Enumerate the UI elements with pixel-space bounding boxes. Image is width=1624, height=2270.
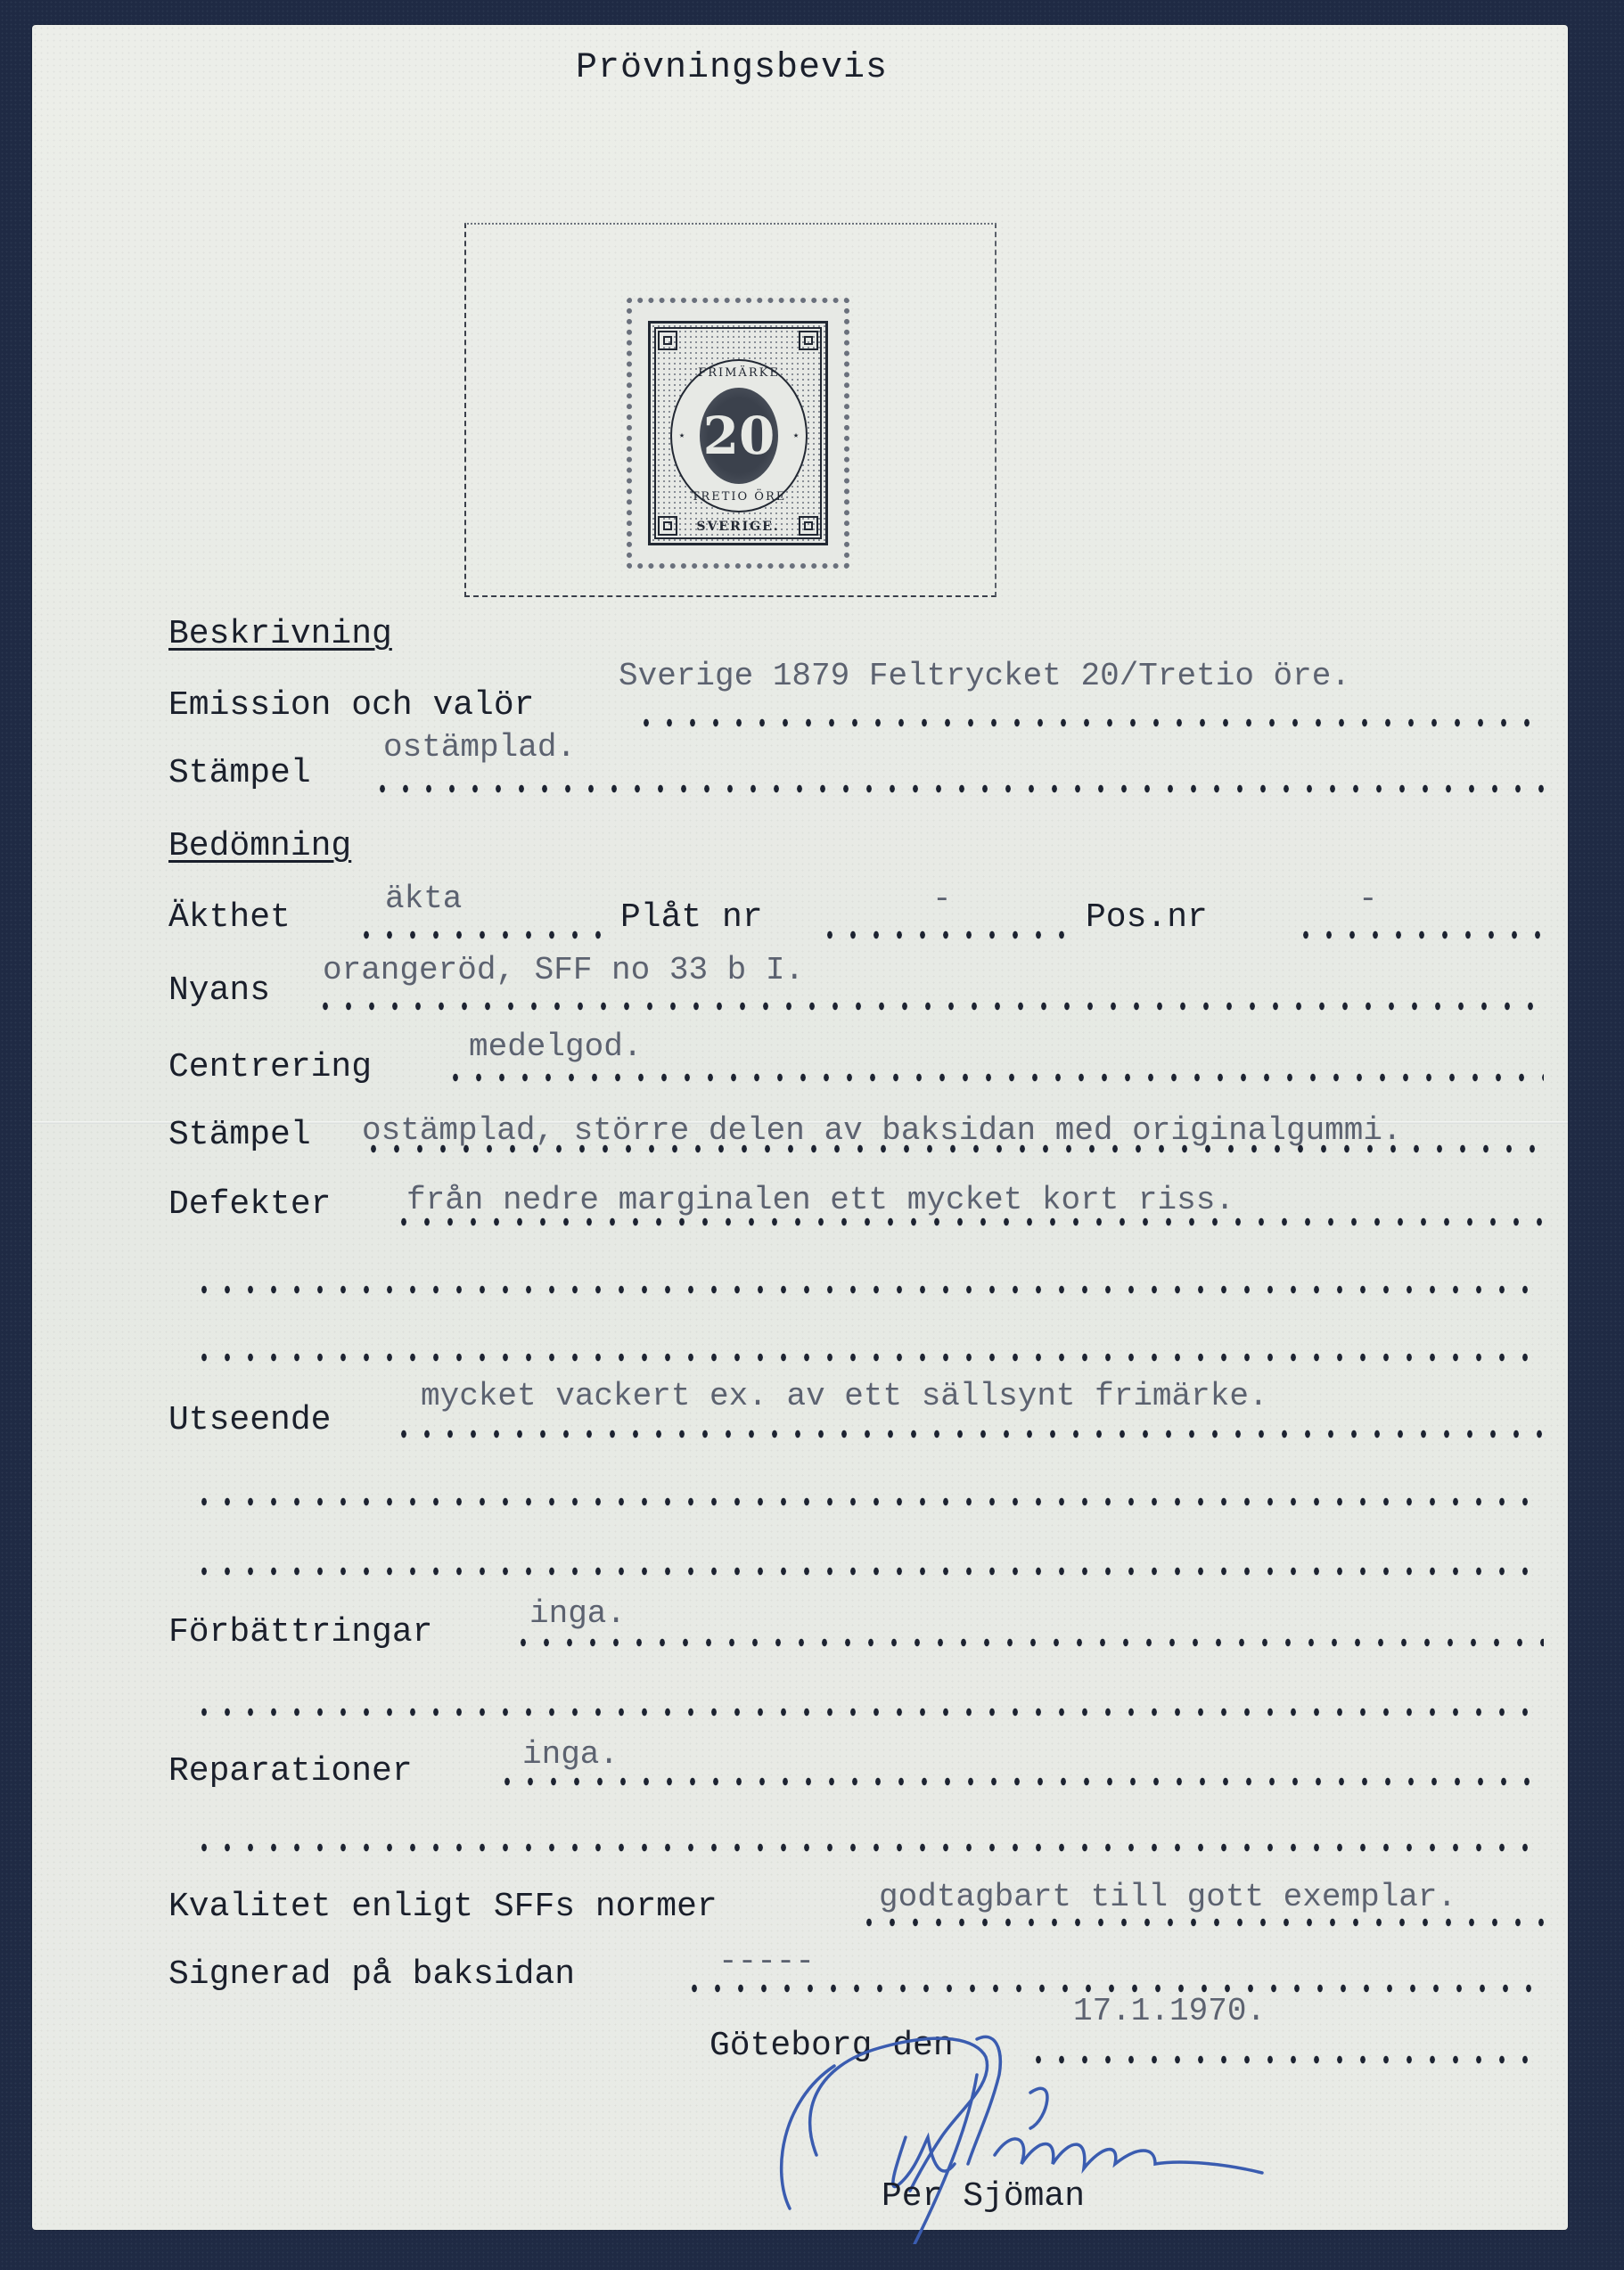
nyans-dotted-line — [314, 1002, 1544, 1011]
defekter-dotted-line — [392, 1217, 1544, 1226]
reparationer-label: Reparationer — [168, 1752, 413, 1791]
stampel2-label: Stämpel — [168, 1116, 311, 1154]
stampel1-label: Stämpel — [168, 754, 311, 792]
emission-label: Emission och valör — [168, 686, 534, 725]
stamp-inner-frame: FRIMÄRKE ★ ★ 20 TRETIO ÖRE SVERIGE. — [648, 321, 828, 545]
blank-dotted-line — [193, 1497, 1544, 1506]
stamp-image: FRIMÄRKE ★ ★ 20 TRETIO ÖRE SVERIGE. — [627, 298, 849, 569]
stamp-photo-frame: FRIMÄRKE ★ ★ 20 TRETIO ÖRE SVERIGE. — [464, 223, 997, 597]
akthet-label: Äkthet — [168, 898, 291, 937]
nyans-value: orangeröd, SFF no 33 b I. — [323, 952, 804, 988]
stampel2-value: ostämplad, större delen av baksidan med … — [362, 1112, 1402, 1149]
pos-nr-dotted-line — [1294, 930, 1544, 939]
blank-dotted-line — [193, 1285, 1544, 1294]
stamp-country: SVERIGE. — [651, 520, 825, 534]
plat-nr-label: Plåt nr — [620, 898, 763, 937]
stampel1-dotted-line — [371, 784, 1544, 793]
star-icon: ★ — [679, 430, 685, 441]
emission-value: Sverige 1879 Feltrycket 20/Tretio öre. — [619, 658, 1350, 694]
centrering-dotted-line — [444, 1073, 1544, 1082]
blank-dotted-line — [193, 1353, 1544, 1362]
stamp-corner-ornament-icon — [658, 331, 677, 350]
section-heading-bedomning: Bedömning — [168, 827, 351, 865]
forbattringar-value: inga. — [529, 1595, 626, 1632]
stamp-center-disc: 20 — [700, 388, 778, 484]
centrering-value: medelgod. — [469, 1028, 642, 1065]
kvalitet-label: Kvalitet enligt SFFs normer — [168, 1888, 718, 1926]
utseende-value: mycket vackert ex. av ett sällsynt frimä… — [421, 1378, 1268, 1414]
certificate-paper: Prövningsbevis FRIMÄRKE ★ ★ 20 TRETIO ÖR… — [32, 25, 1568, 2230]
plat-nr-value: - — [932, 881, 952, 917]
blank-dotted-line — [193, 1708, 1544, 1717]
stamp-bottom-text: TRETIO ÖRE — [672, 490, 806, 504]
kvalitet-dotted-line — [857, 1918, 1544, 1927]
pos-nr-label: Pos.nr — [1086, 898, 1208, 937]
forbattringar-dotted-line — [512, 1638, 1544, 1647]
section-heading-beskrivning: Beskrivning — [168, 615, 392, 653]
signerad-dotted-line — [683, 1984, 1544, 1993]
utseende-label: Utseende — [168, 1401, 331, 1439]
kvalitet-value: godtagbart till gott exemplar. — [879, 1879, 1456, 1915]
stamp-top-text: FRIMÄRKE — [672, 366, 806, 380]
blank-dotted-line — [193, 1567, 1544, 1576]
utseende-dotted-line — [392, 1430, 1544, 1438]
stamp-oval: FRIMÄRKE ★ ★ 20 TRETIO ÖRE — [670, 359, 808, 512]
signerad-value: ----- — [718, 1943, 815, 1979]
stamp-corner-ornament-icon — [799, 331, 818, 350]
star-icon: ★ — [793, 430, 799, 441]
defekter-label: Defekter — [168, 1185, 331, 1224]
stampel2-dotted-line — [362, 1144, 1544, 1153]
stampel1-value: ostämplad. — [383, 729, 576, 766]
akthet-dotted-line — [355, 930, 610, 939]
signer-name: Per Sjöman — [882, 2177, 1085, 2216]
signerad-label: Signerad på baksidan — [168, 1955, 575, 1994]
reparationer-dotted-line — [496, 1777, 1544, 1786]
pos-nr-value: - — [1358, 881, 1378, 917]
plat-nr-dotted-line — [818, 930, 1075, 939]
forbattringar-label: Förbättringar — [168, 1613, 432, 1651]
nyans-label: Nyans — [168, 971, 270, 1010]
centrering-label: Centrering — [168, 1048, 372, 1086]
reparationer-value: inga. — [522, 1736, 619, 1773]
blank-dotted-line — [193, 1843, 1544, 1852]
defekter-value: från nedre marginalen ett mycket kort ri… — [406, 1182, 1234, 1218]
stamp-denomination: 20 — [700, 409, 778, 463]
document-title: Prövningsbevis — [576, 48, 888, 88]
emission-dotted-line — [635, 718, 1544, 727]
akthet-value: äkta — [385, 881, 462, 917]
